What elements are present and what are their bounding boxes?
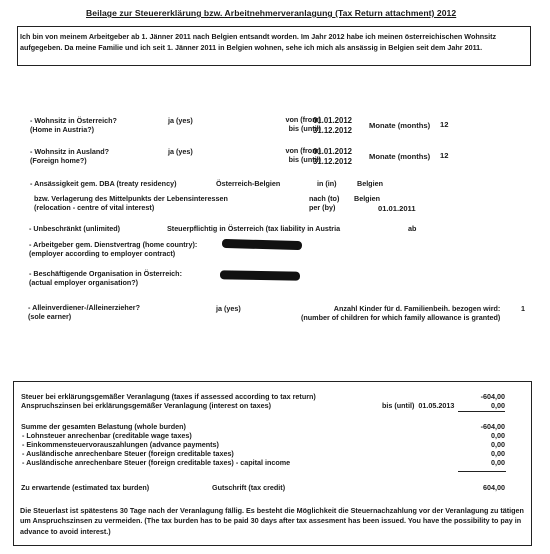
- home-foreign-months: 12: [440, 151, 448, 160]
- children-label: Anzahl Kinder für d. Familienbeih. bezog…: [301, 305, 500, 323]
- unlimited-label: - Unbeschränkt (unlimited): [29, 225, 120, 234]
- organisation-redacted: [220, 270, 300, 280]
- organisation-label: - Beschäftigende Organisation in Österre…: [29, 270, 182, 288]
- unlimited-ab: ab: [408, 225, 416, 234]
- home-austria-answer: ja (yes): [168, 117, 193, 126]
- home-foreign-label: - Wohnsitz in Ausland? (Foreign home?): [30, 148, 109, 166]
- interest-until: bis (until) 01.05.2013: [382, 402, 454, 411]
- treaty-label: - Ansässigkeit gem. DBA (treaty residenc…: [30, 180, 176, 189]
- relocation-to-value: Belgien: [354, 195, 380, 204]
- footnote: Die Steuerlast ist spätestens 30 Tage na…: [20, 506, 525, 537]
- document-title: Beilage zur Steuererklärung bzw. Arbeitn…: [86, 8, 456, 18]
- intro-text: Ich bin von meinem Arbeitgeber ab 1. Jän…: [20, 32, 526, 54]
- home-austria-label: - Wohnsitz in Österreich? (Home in Austr…: [30, 117, 117, 135]
- deduction-label: - Ausländische anrechenbare Steuer (fore…: [22, 459, 290, 468]
- deduction-value: 0,00: [455, 459, 505, 468]
- home-foreign-months-label: Monate (months): [369, 152, 430, 161]
- employer-redacted: [222, 239, 302, 250]
- relocation-by-value: 01.01.2011: [378, 204, 416, 213]
- treaty-value: Österreich-Belgien: [216, 180, 280, 189]
- home-foreign-answer: ja (yes): [168, 148, 193, 157]
- home-foreign-dates: 01.01.2012 31.12.2012: [313, 147, 352, 166]
- interest-value: 0,00: [458, 402, 505, 412]
- interest-label: Anspruchszinsen bei erklärungsgemäßer Ve…: [21, 402, 271, 411]
- expected-label: Zu erwartende (estimated tax burden): [21, 484, 149, 493]
- credit-label: Gutschrift (tax credit): [212, 484, 285, 493]
- home-austria-dates: 01.01.2012 31.12.2012: [313, 116, 352, 135]
- home-austria-months: 12: [440, 120, 448, 129]
- sole-earner-label: - Alleinverdiener-/Alleinerzieher? (sole…: [28, 304, 140, 322]
- unlimited-value: Steuerpflichtig in Österreich (tax liabi…: [167, 225, 340, 234]
- treaty-in-value: Belgien: [357, 180, 383, 189]
- intro-box: Ich bin von meinem Arbeitgeber ab 1. Jän…: [17, 26, 531, 66]
- sole-earner-answer: ja (yes): [216, 305, 241, 314]
- treaty-in-label: in (in): [317, 180, 337, 189]
- subtotal-rule: [458, 471, 506, 472]
- children-count: 1: [521, 305, 525, 314]
- relocation-label: bzw. Verlagerung des Mittelpunkts der Le…: [34, 195, 228, 213]
- home-austria-months-label: Monate (months): [369, 121, 430, 130]
- relocation-to-by-labels: nach (to) per (by): [309, 195, 339, 213]
- expected-value: 604,00: [455, 484, 505, 493]
- employer-label: - Arbeitgeber gem. Dienstvertrag (home c…: [29, 241, 197, 259]
